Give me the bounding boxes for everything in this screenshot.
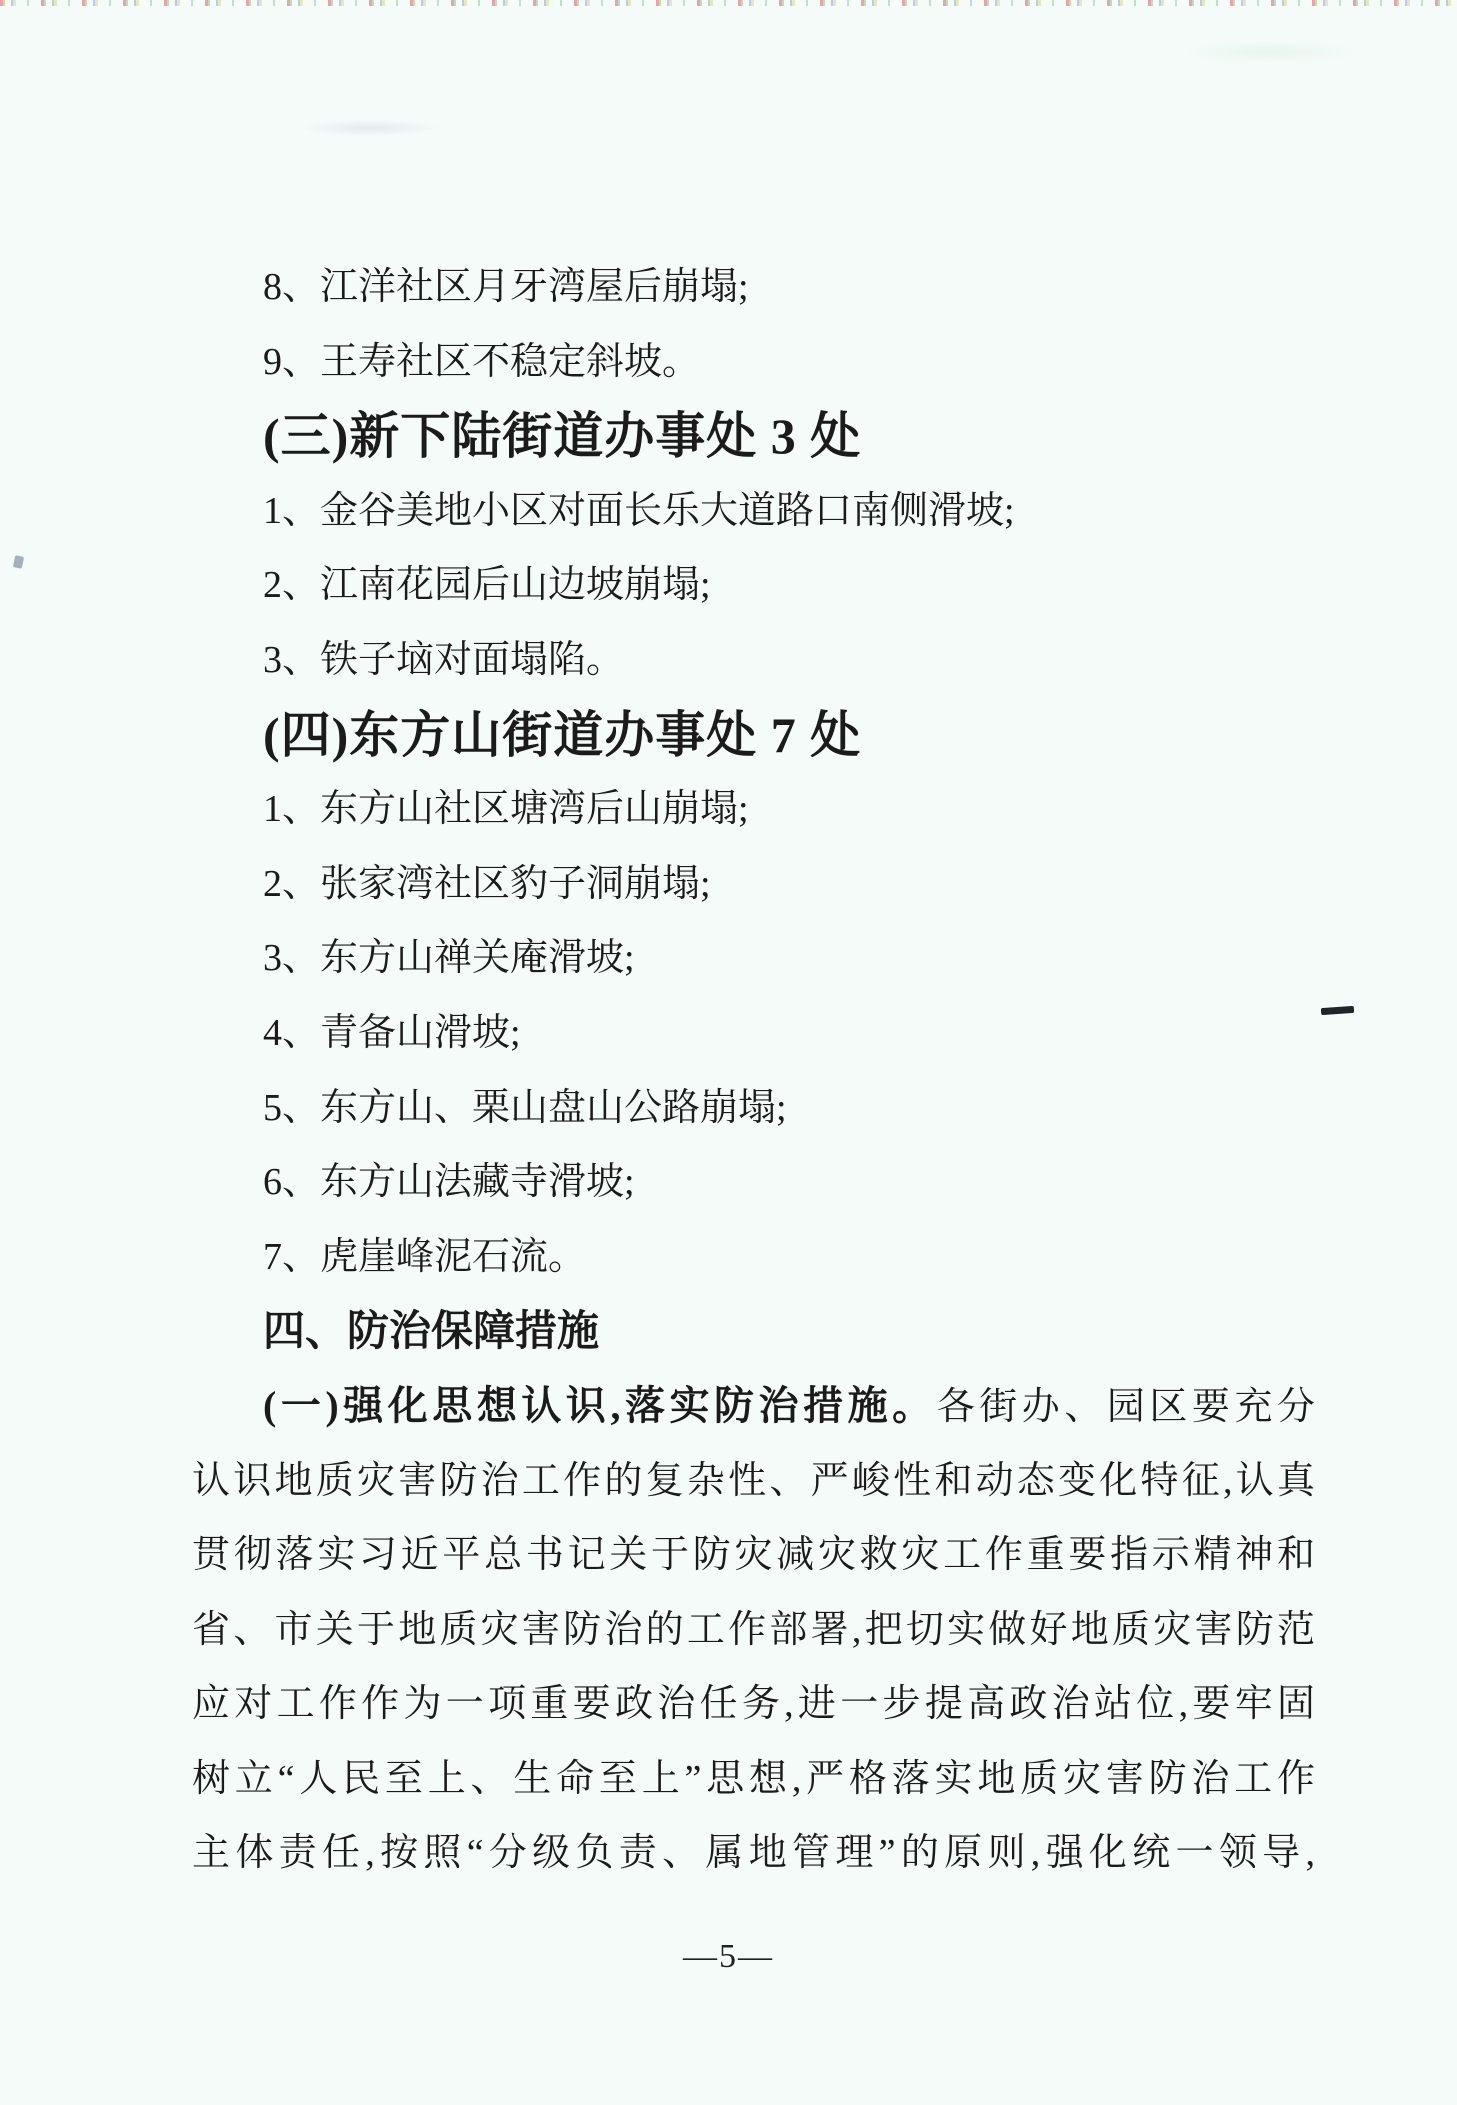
paragraph-line: 省、市关于地质灾害防治的工作部署,把切实做好地质灾害防范	[192, 1593, 1315, 1668]
ink-dash-artifact	[1321, 1006, 1354, 1015]
paragraph-line: 应对工作作为一项重要政治任务,进一步提高政治站位,要牢固	[192, 1667, 1315, 1742]
paragraph-line: 主体责任,按照“分级负责、属地管理”的原则,强化统一领导,	[192, 1816, 1315, 1891]
list-item-line: 4、青备山滑坡;	[192, 996, 1315, 1071]
list-item-line: 6、东方山法藏寺滑坡;	[192, 1145, 1315, 1220]
scan-noise-band	[0, 0, 1457, 6]
list-item-line: 2、张家湾社区豹子洞崩塌;	[192, 847, 1315, 922]
list-item-line: 3、铁子垴对面塌陷。	[192, 623, 1315, 698]
page-number: —5—	[0, 1938, 1457, 1976]
document-text: 8、江洋社区月牙湾屋后崩塌;9、王寿社区不稳定斜坡。(三)新下陆街道办事处 3 …	[192, 250, 1315, 1891]
paragraph-text: 各街办、园区要充分	[937, 1386, 1315, 1428]
ink-speck-artifact	[13, 555, 24, 569]
list-item-line: 3、东方山禅关庵滑坡;	[192, 921, 1315, 996]
list-item-line: 8、江洋社区月牙湾屋后崩塌;	[192, 250, 1315, 325]
paragraph-line: 树立“人民至上、生命至上”思想,严格落实地质灾害防治工作	[192, 1742, 1315, 1817]
document-page: 8、江洋社区月牙湾屋后崩塌;9、王寿社区不稳定斜坡。(三)新下陆街道办事处 3 …	[0, 0, 1457, 2105]
section-heading: 四、防治保障措施	[192, 1294, 1315, 1369]
list-item-line: 9、王寿社区不稳定斜坡。	[192, 325, 1315, 400]
paragraph-line: 认识地质灾害防治工作的复杂性、严峻性和动态变化特征,认真	[192, 1444, 1315, 1519]
scan-smudge	[1180, 40, 1360, 64]
subsection-heading: (三)新下陆街道办事处 3 处	[192, 399, 1315, 474]
list-item-line: 5、东方山、栗山盘山公路崩塌;	[192, 1071, 1315, 1146]
scan-smudge	[300, 120, 440, 136]
paragraph-line: 贯彻落实习近平总书记关于防灾减灾救灾工作重要指示精神和	[192, 1518, 1315, 1593]
list-item-line: 1、东方山社区塘湾后山崩塌;	[192, 772, 1315, 847]
list-item-line: 2、江南花园后山边坡崩塌;	[192, 548, 1315, 623]
list-item-line: 1、金谷美地小区对面长乐大道路口南侧滑坡;	[192, 474, 1315, 549]
run-in-heading: (一)强化思想认识,落实防治措施。	[263, 1383, 937, 1428]
subsection-heading: (四)东方山街道办事处 7 处	[192, 698, 1315, 773]
paragraph-first-line: (一)强化思想认识,落实防治措施。各街办、园区要充分	[192, 1369, 1315, 1444]
list-item-line: 7、虎崖峰泥石流。	[192, 1220, 1315, 1295]
